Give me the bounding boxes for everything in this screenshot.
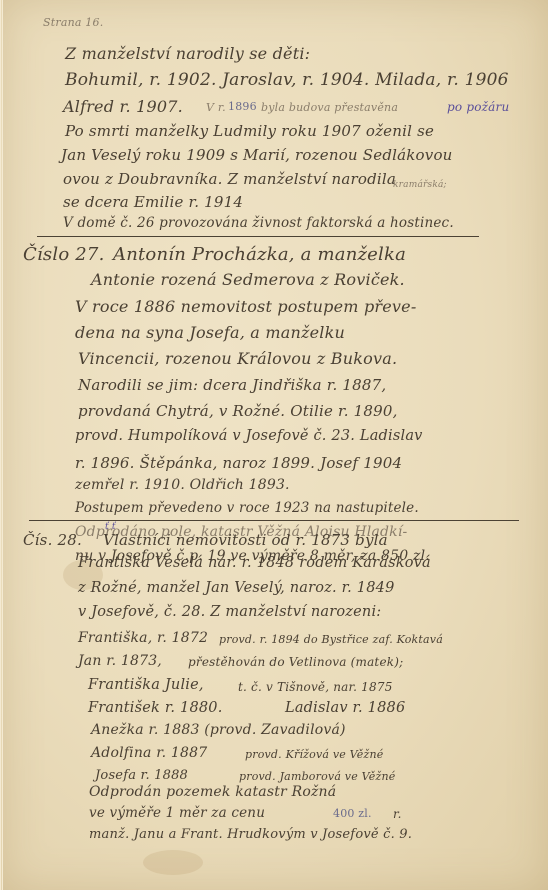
text-line: dena na syna Josefa, a manželku	[75, 323, 345, 342]
text-line: Jan r. 1873,	[78, 653, 162, 669]
annotation: provd. Jambor­ová ve Věžné	[239, 770, 395, 783]
annotation: provd. Křížová ve Věžné	[245, 748, 384, 761]
text-line: Františka, r. 1872	[78, 630, 208, 646]
text-line: provdaná Chytrá, v Rožné. Otilie r. 1890…	[78, 402, 398, 420]
text-line: František r. 1880.	[88, 700, 223, 716]
text-line: ovou z Doubravníka. Z manželství narodil…	[63, 170, 396, 188]
text-line: se dcera Emilie r. 1914	[63, 193, 243, 211]
price-suffix: r.	[393, 807, 402, 821]
text-line: Narodili se jim: dcera Jindřiška r. 1887…	[78, 376, 386, 394]
annotation: provd. r. 1894 do Bystřice zaf. Koktavá	[219, 633, 443, 646]
text-line: Jan Veselý roku 1909 s Marií, rozenou Se…	[61, 146, 453, 164]
note-year: 1896	[228, 100, 257, 113]
rebuild-note: byla budova přestavěna	[261, 101, 398, 114]
text-line: Josefa r. 1888	[95, 768, 188, 783]
page-label: Strana 16.	[43, 16, 103, 29]
text-line: provd. Humpolíková v Josefově č. 23. Lad…	[75, 428, 423, 444]
insert-note: kramářská;	[393, 180, 447, 190]
note-prefix: V r.	[206, 101, 226, 114]
paper-stain	[143, 850, 203, 875]
text-line: Z manželství narodily se děti:	[65, 44, 310, 63]
text-line: Po smrti manželky Ludmily roku 1907 ožen…	[65, 122, 434, 140]
text-line: Bohumil, r. 1902. Jaroslav, r. 1904. Mil…	[65, 70, 509, 90]
text-line: Vincencii, rozenou Královou z Bukova.	[78, 349, 397, 368]
annotation: přestěhován do Vetlinova (matek);	[188, 655, 403, 669]
text-line: Františka Julie,	[88, 677, 204, 693]
text-line: V roce 1886 nemovitost postupem převe-	[75, 297, 416, 316]
text-line: r. 1896. Štěpánka, naroz 1899. Josef 190…	[75, 454, 402, 472]
text-line: Odprodán pozemek katastr Rožná	[89, 784, 336, 800]
text-line: z Rožné, manžel Jan Veselý, naroz. r. 18…	[78, 580, 395, 596]
annotation: Ladislav r. 1886	[285, 700, 405, 716]
text-line: Antonie rozená Sedmerova z Roviček.	[91, 270, 405, 289]
text-line: Postupem převedeno v roce 1923 na nastup…	[75, 500, 419, 516]
text-line: Františka Veselá nar. r. 1848 rodem Kará…	[78, 555, 431, 571]
text-line: v Josefově, č. 28. Z manželství narozeni…	[78, 604, 381, 620]
text-line: manž. Janu a Frant. Hrudkovým v Josefově…	[89, 827, 412, 842]
text-line: Vlastníci nemovitosti od r. 1873 byla	[103, 531, 388, 549]
section-divider	[37, 236, 479, 237]
price-value: 400 zl.	[333, 807, 372, 820]
section-divider	[29, 520, 519, 521]
text-line: Adolfina r. 1887	[91, 745, 207, 761]
text-line: zemřel r. 1910. Oldřich 1893.	[75, 477, 290, 493]
entry-number: Číslo 27.	[23, 244, 105, 265]
document-page: Strana 16. Z manželství narodily se děti…	[0, 0, 548, 890]
text-line: ve výměře 1 měr za cenu	[89, 805, 265, 821]
annotation: t. č. v Tišnově, nar. 1875	[238, 680, 393, 694]
text-line: Antonín Procházka, a manželka	[113, 244, 406, 265]
entry-number: Čís. 28.	[23, 531, 82, 549]
text-line: V domě č. 26 provozována živnost faktors…	[63, 215, 454, 231]
text-line: Anežka r. 1883 (provd. Zavadilová)	[91, 722, 346, 738]
text-line: Alfred r. 1907.	[63, 97, 183, 116]
after-fire-note: po požáru	[447, 100, 509, 114]
